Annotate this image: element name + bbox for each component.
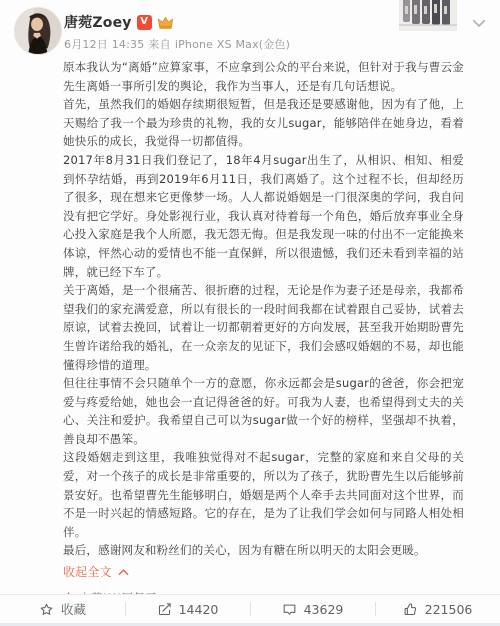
action-bar: 收藏 14420 43629 221506 <box>0 594 500 623</box>
author-name[interactable]: 唐菀Zoey <box>64 12 132 32</box>
verified-badge-icon: V <box>137 15 152 30</box>
post-source-device: iPhone XS Max(金色) <box>175 36 290 52</box>
avatar-photo <box>15 8 61 54</box>
repost-count: 14420 <box>179 602 219 617</box>
comment-count: 43629 <box>304 602 344 617</box>
post-paragraph: 这段婚姻走到这里，我唯独觉得对不起sugar，完整的家庭和来自父母的关爱，对一个… <box>63 448 464 541</box>
like-button[interactable]: 221506 <box>375 595 500 623</box>
chevron-down-icon[interactable] <box>470 14 488 32</box>
repost-icon <box>157 602 172 617</box>
repost-button[interactable]: 14420 <box>125 595 250 623</box>
post-paragraph: 2017年8月31日我们登记了，18年4月sugar出生了，从相识、相知、相爱到… <box>63 151 464 281</box>
collapse-label: 收起全文 <box>63 563 112 582</box>
collapse-full-text-link[interactable]: 收起全文 <box>63 563 129 582</box>
post-timestamp: 6月12日 14:35 来自 iPhone XS Max(金色) <box>64 36 290 52</box>
star-icon <box>39 602 54 617</box>
previous-post-thumbnail <box>399 0 457 31</box>
source-prefix: 来自 <box>148 36 170 52</box>
post-date: 6月12日 14:35 <box>64 36 144 52</box>
post-body: 原本我认为“离婚”应算家事，不应拿到公众的平台来说，但针对于我与曹云金先生离婚一… <box>63 58 464 607</box>
post-paragraph: 首先，虽然我们的婚姻存续期很短暂，但是我还是要感谢他，因为有了他，上天赐给了我一… <box>63 95 464 151</box>
post-header: 唐菀Zoey V 6月12日 14:35 来自 iPhone XS Max(金色… <box>0 0 500 58</box>
post-paragraph: 关于离婚，是一个很痛苦、很折磨的过程，无论是作为妻子还是母亲，我都希望我们的家充… <box>63 281 464 374</box>
thumbs-up-icon <box>403 602 418 617</box>
like-count: 221506 <box>425 602 473 617</box>
comment-icon <box>282 602 297 617</box>
post-paragraph: 但往往事情不会只随单个一方的意愿，你永远都会是sugar的爸爸，你会把宠爱与疼爱… <box>63 374 464 448</box>
post-paragraph: 原本我认为“离婚”应算家事，不应拿到公众的平台来说，但针对于我与曹云金先生离婚一… <box>63 58 464 95</box>
post-paragraph: 最后，感谢网友和粉丝们的关心，因为有糖在所以明天的太阳会更暖。 <box>63 541 464 560</box>
weibo-post-card: 唐菀Zoey V 6月12日 14:35 来自 iPhone XS Max(金色… <box>0 0 500 626</box>
chevron-up-icon <box>118 568 129 576</box>
favorite-button[interactable]: 收藏 <box>0 595 125 623</box>
avatar[interactable] <box>14 7 62 55</box>
vip-crown-icon <box>157 15 174 30</box>
comment-button[interactable]: 43629 <box>250 595 375 623</box>
favorite-label: 收藏 <box>61 600 86 618</box>
